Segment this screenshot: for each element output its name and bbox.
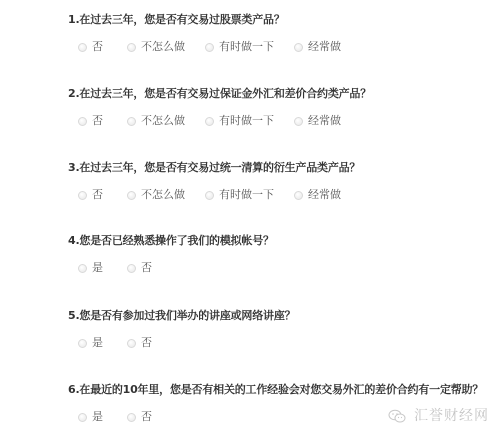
radio-group: 否 不怎么做 有时做一下 经常做 [68, 113, 496, 129]
option-yes[interactable]: 是 [78, 409, 103, 425]
option-rarely[interactable]: 不怎么做 [127, 39, 185, 55]
radio-button[interactable] [127, 43, 136, 52]
radio-button[interactable] [294, 191, 303, 200]
radio-button[interactable] [127, 117, 136, 126]
question-5: 5.您是否有参加过我们举办的讲座或网络讲座？ 是 否 [68, 309, 496, 351]
question-title: 3.在过去三年，您是否有交易过统一清算的衍生产品类产品？ [68, 161, 496, 175]
option-yes[interactable]: 是 [78, 335, 103, 351]
option-label: 否 [92, 113, 103, 129]
option-often[interactable]: 经常做 [294, 187, 341, 203]
option-label: 经常做 [308, 187, 341, 203]
option-no[interactable]: 否 [127, 409, 152, 425]
radio-button[interactable] [127, 339, 136, 348]
option-label: 经常做 [308, 113, 341, 129]
option-label: 否 [92, 39, 103, 55]
option-label: 是 [92, 260, 103, 276]
option-label: 有时做一下 [219, 39, 274, 55]
option-no[interactable]: 否 [78, 113, 103, 129]
radio-button[interactable] [205, 43, 214, 52]
radio-button[interactable] [294, 43, 303, 52]
option-rarely[interactable]: 不怎么做 [127, 187, 185, 203]
radio-button[interactable] [127, 264, 136, 273]
radio-button[interactable] [127, 413, 136, 422]
radio-group: 是 否 [68, 335, 496, 351]
radio-button[interactable] [78, 117, 87, 126]
radio-group: 否 不怎么做 有时做一下 经常做 [68, 187, 496, 203]
question-2: 2.在过去三年，您是否有交易过保证金外汇和差价合约类产品？ 否 不怎么做 有时做… [68, 87, 496, 129]
wechat-icon [388, 408, 406, 422]
radio-button[interactable] [78, 339, 87, 348]
option-no[interactable]: 否 [127, 335, 152, 351]
question-title: 1.在过去三年，您是否有交易过股票类产品？ [68, 13, 496, 27]
option-label: 否 [141, 260, 152, 276]
option-label: 是 [92, 409, 103, 425]
option-label: 有时做一下 [219, 187, 274, 203]
radio-button[interactable] [127, 191, 136, 200]
option-rarely[interactable]: 不怎么做 [127, 113, 185, 129]
question-title: 6.在最近的10年里，您是否有相关的工作经验会对您交易外汇的差价合约有一定帮助？ [68, 383, 496, 397]
watermark: 汇誉财经网 [388, 405, 489, 425]
radio-button[interactable] [78, 413, 87, 422]
option-label: 有时做一下 [219, 113, 274, 129]
option-often[interactable]: 经常做 [294, 113, 341, 129]
question-title: 4.您是否已经熟悉操作了我们的模拟帐号？ [68, 234, 496, 248]
option-no[interactable]: 否 [127, 260, 152, 276]
radio-button[interactable] [205, 117, 214, 126]
option-label: 否 [141, 409, 152, 425]
radio-button[interactable] [78, 43, 87, 52]
radio-group: 是 否 [68, 260, 496, 276]
option-label: 是 [92, 335, 103, 351]
option-label: 不怎么做 [141, 113, 185, 129]
option-label: 经常做 [308, 39, 341, 55]
option-no[interactable]: 否 [78, 187, 103, 203]
question-4: 4.您是否已经熟悉操作了我们的模拟帐号？ 是 否 [68, 234, 496, 276]
radio-button[interactable] [205, 191, 214, 200]
option-sometimes[interactable]: 有时做一下 [205, 187, 274, 203]
option-label: 否 [141, 335, 152, 351]
radio-button[interactable] [78, 191, 87, 200]
question-3: 3.在过去三年，您是否有交易过统一清算的衍生产品类产品？ 否 不怎么做 有时做一… [68, 161, 496, 203]
option-yes[interactable]: 是 [78, 260, 103, 276]
option-label: 不怎么做 [141, 39, 185, 55]
option-no[interactable]: 否 [78, 39, 103, 55]
option-often[interactable]: 经常做 [294, 39, 341, 55]
watermark-text: 汇誉财经网 [414, 405, 489, 425]
option-sometimes[interactable]: 有时做一下 [205, 39, 274, 55]
question-title: 5.您是否有参加过我们举办的讲座或网络讲座？ [68, 309, 496, 323]
radio-button[interactable] [294, 117, 303, 126]
radio-group: 否 不怎么做 有时做一下 经常做 [68, 39, 496, 55]
question-title: 2.在过去三年，您是否有交易过保证金外汇和差价合约类产品？ [68, 87, 496, 101]
radio-button[interactable] [78, 264, 87, 273]
option-label: 不怎么做 [141, 187, 185, 203]
question-1: 1.在过去三年，您是否有交易过股票类产品？ 否 不怎么做 有时做一下 经常做 [68, 13, 496, 55]
option-sometimes[interactable]: 有时做一下 [205, 113, 274, 129]
option-label: 否 [92, 187, 103, 203]
